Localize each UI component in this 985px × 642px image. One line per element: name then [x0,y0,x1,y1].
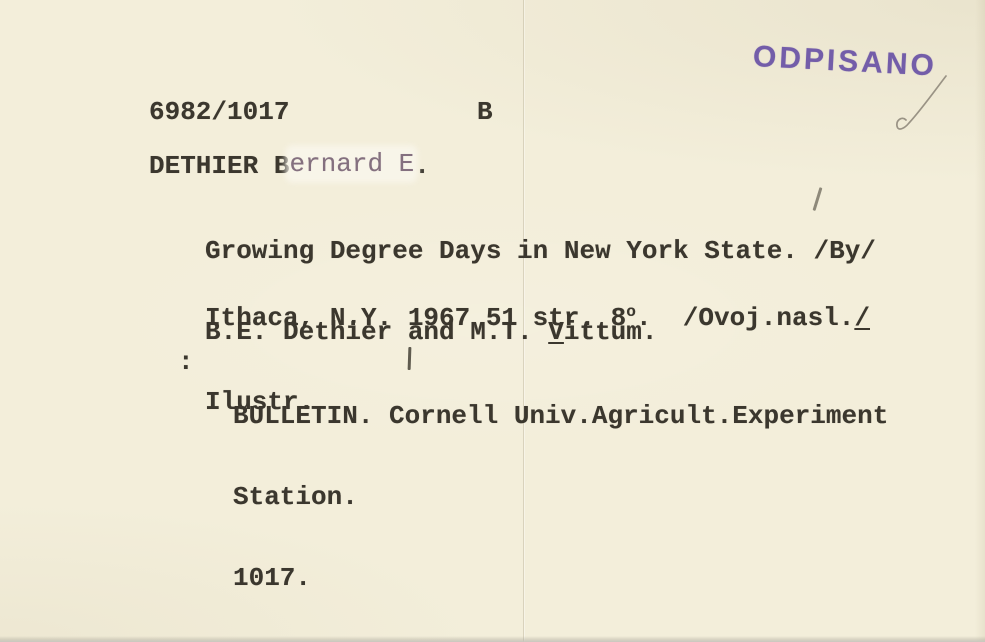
pencil-checkmark-icon [890,72,952,136]
call-number: 6982/1017 [149,99,289,126]
series-title-line-1: BULLETIN. Cornell Univ.Agricult.Experime… [233,403,888,430]
imprint-note: . /Ovoj.nasl. [636,303,854,333]
series-colon: : [178,349,194,376]
author-trailing-period: . [414,151,430,181]
card-bottom-edge [0,636,985,642]
section-letter: B [477,99,493,126]
card-right-edge-shadow [975,0,985,642]
series-statement: BULLETIN. Cornell Univ.Agricult.Experime… [233,349,888,619]
author-typed-prefix: DETHIER B [149,151,289,181]
author-heading: DETHIER Bernard E. [149,153,430,180]
underlined-closing-slash: / [854,303,870,333]
imprint-line: Ithaca, N.Y. 1967 51 str. 8o. /Ovoj.nasl… [205,305,870,335]
format-superscript: o [626,303,636,321]
imprint-place-date: Ithaca, N.Y. 1967 51 str. 8 [205,303,626,333]
author-corrected-name: ernard E [289,149,414,179]
series-title-line-2: Station. [233,484,888,511]
series-number: 1017. [233,565,888,592]
